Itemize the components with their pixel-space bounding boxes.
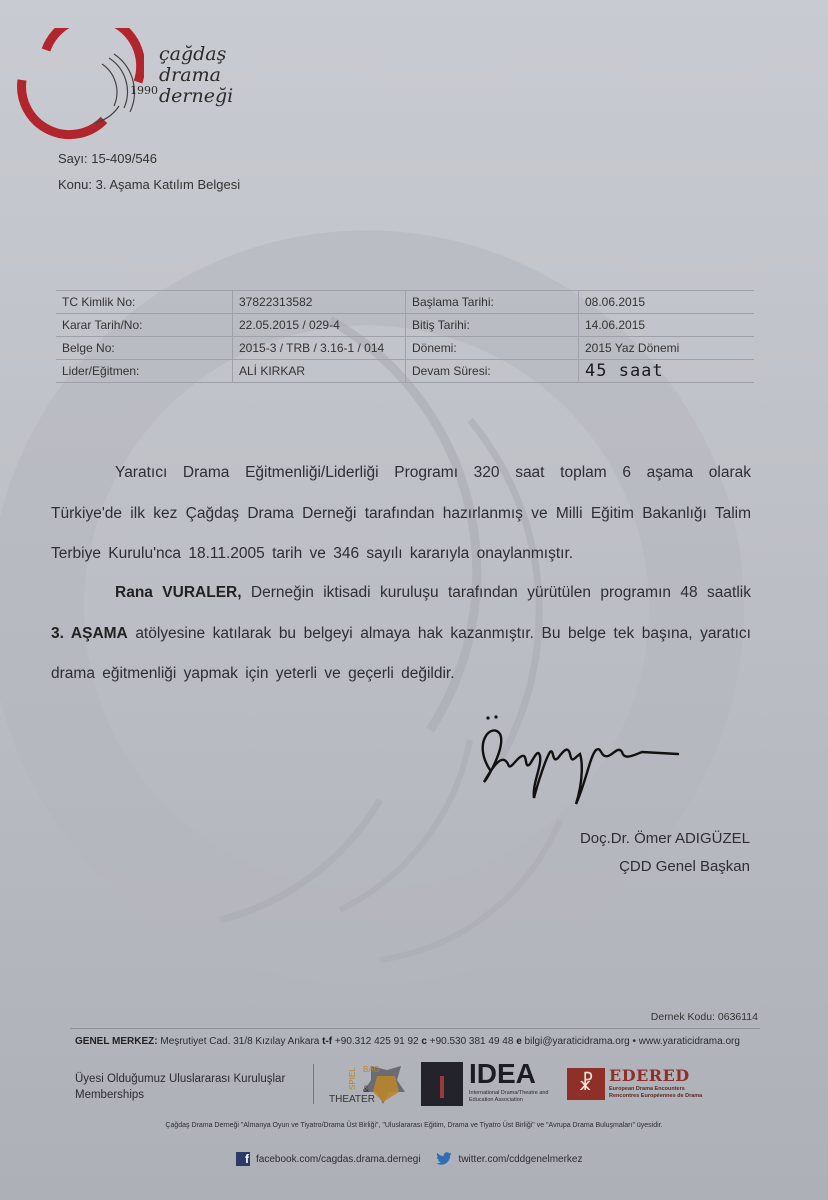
svg-text:BAG: BAG [363,1065,380,1074]
program-description-paragraph: Yaratıcı Drama Eğitmenliği/Liderliği Pro… [51,453,751,575]
stage-name: 3. AŞAMA [51,625,128,642]
facebook-icon: f [236,1152,250,1166]
memberships-en: Memberships [75,1087,285,1103]
memberships-tr: Üyesi Olduğumuz Uluslararası Kuruluşlar [75,1071,285,1087]
address-text: Meşrutiyet Cad. 31/8 Kızılay Ankara [158,1036,323,1047]
memberships-label: Üyesi Olduğumuz Uluslararası Kuruluşlar … [75,1071,285,1103]
phone-2: +90.530 381 49 48 [427,1036,516,1047]
value-start-date: 08.06.2015 [579,291,755,314]
label-document-no: Belge No: [56,337,233,360]
spiel-theater-logo: THEATER BAG & SPIEL [325,1062,410,1106]
paragraph-2-text-a: Derneğin iktisadi kuruluşu tarafından yü… [242,584,751,601]
organization-logo: 1990 çağdaş drama derneği [14,28,224,140]
document-number: Sayı: 15-409/546 [58,151,157,166]
value-attendance-handwritten: 45 saat [579,360,755,383]
document-subject: Konu: 3. Aşama Katılım Belgesi [58,177,240,192]
signature-icon [472,712,682,812]
label-tc-kimlik: TC Kimlik No: [56,291,233,314]
logo-year: 1990 [130,84,158,97]
edered-sub-1: European Drama Encounters [609,1086,702,1093]
table-row: Karar Tarih/No: 22.05.2015 / 029-4 Bitiş… [56,314,754,337]
label-decision: Karar Tarih/No: [56,314,233,337]
label-end-date: Bitiş Tarihi: [406,314,579,337]
participant-paragraph: Rana VURALER, Derneğin iktisadi kuruluşu… [51,573,751,695]
label-term: Dönemi: [406,337,579,360]
edered-wordmark: EDERED [609,1066,690,1085]
edered-logo: ☧ EDERED European Drama Encounters Renco… [567,1068,747,1104]
label-start-date: Başlama Tarihi: [406,291,579,314]
twitter-icon [435,1152,453,1166]
phone-icon: t-f [322,1036,332,1047]
svg-text:&: & [363,1084,369,1094]
memberships-divider [313,1064,314,1104]
value-term: 2015 Yaz Dönemi [579,337,755,360]
value-document-no: 2015-3 / TRB / 3.16-1 / 014 [233,337,406,360]
paragraph-2-text-b: atölyesine katılarak bu belgeyi almaya h… [51,625,751,683]
address-label: GENEL MERKEZ: [75,1036,158,1047]
edered-subtitle: European Drama Encounters Rencontres Eur… [609,1086,702,1100]
value-end-date: 14.06.2015 [579,314,755,337]
facebook-link[interactable]: facebook.com/cagdas.drama.dernegi [256,1154,421,1165]
table-row: Lider/Eğitmen: ALİ KIRKAR Devam Süresi: … [56,360,754,383]
idea-logo-mark-icon [421,1062,463,1106]
label-leader: Lider/Eğitmen: [56,360,233,383]
logo-line-2: drama [159,65,233,86]
logo-text: çağdaş drama derneği [159,44,233,107]
value-leader: ALİ KIRKAR [233,360,406,383]
association-code: Dernek Kodu: 0636114 [651,1011,758,1023]
edered-figure-icon: ☧ [567,1068,605,1100]
paragraph-1-text: Yaratıcı Drama Eğitmenliği/Liderliği Pro… [51,464,751,562]
signer-title: ÇDD Genel Başkan [619,858,750,875]
value-tc-kimlik: 37822313582 [233,291,406,314]
spiel-star-icon: THEATER BAG & SPIEL [325,1062,410,1106]
participant-name: Rana VURALER, [115,584,242,601]
logo-ring-icon [14,28,144,140]
twitter-link[interactable]: twitter.com/cddgenelmerkez [459,1154,583,1165]
phone-1: +90.312 425 91 92 [332,1036,421,1047]
svg-text:THEATER: THEATER [329,1094,375,1105]
logo-line-1: çağdaş [159,44,233,65]
signer-name: Doç.Dr. Ömer ADIGÜZEL [580,830,750,847]
idea-logo: IDEA International Drama/Theatre and Edu… [421,1062,556,1108]
idea-wordmark: IDEA [469,1058,536,1090]
email-web-link[interactable]: bilgi@yaraticidrama.org • www.yaraticidr… [522,1036,740,1047]
edered-sub-2: Rencontres Européennes de Drama [609,1093,702,1100]
value-decision: 22.05.2015 / 029-4 [233,314,406,337]
label-attendance: Devam Süresi: [406,360,579,383]
logo-line-3: derneği [159,86,233,107]
table-row: TC Kimlik No: 37822313582 Başlama Tarihi… [56,291,754,314]
certificate-info-table: TC Kimlik No: 37822313582 Başlama Tarihi… [56,290,754,383]
idea-subtitle: International Drama/Theatre and Educatio… [469,1090,554,1104]
membership-note: Çağdaş Drama Derneği "Almanya Oyun ve Ti… [0,1122,828,1129]
social-links: f facebook.com/cagdas.drama.dernegi twit… [236,1152,583,1166]
address-line: GENEL MERKEZ: Meşrutiyet Cad. 31/8 Kızıl… [75,1036,740,1047]
svg-text:SPIEL: SPIEL [348,1067,357,1090]
table-row: Belge No: 2015-3 / TRB / 3.16-1 / 014 Dö… [56,337,754,360]
footer-divider [70,1028,760,1029]
